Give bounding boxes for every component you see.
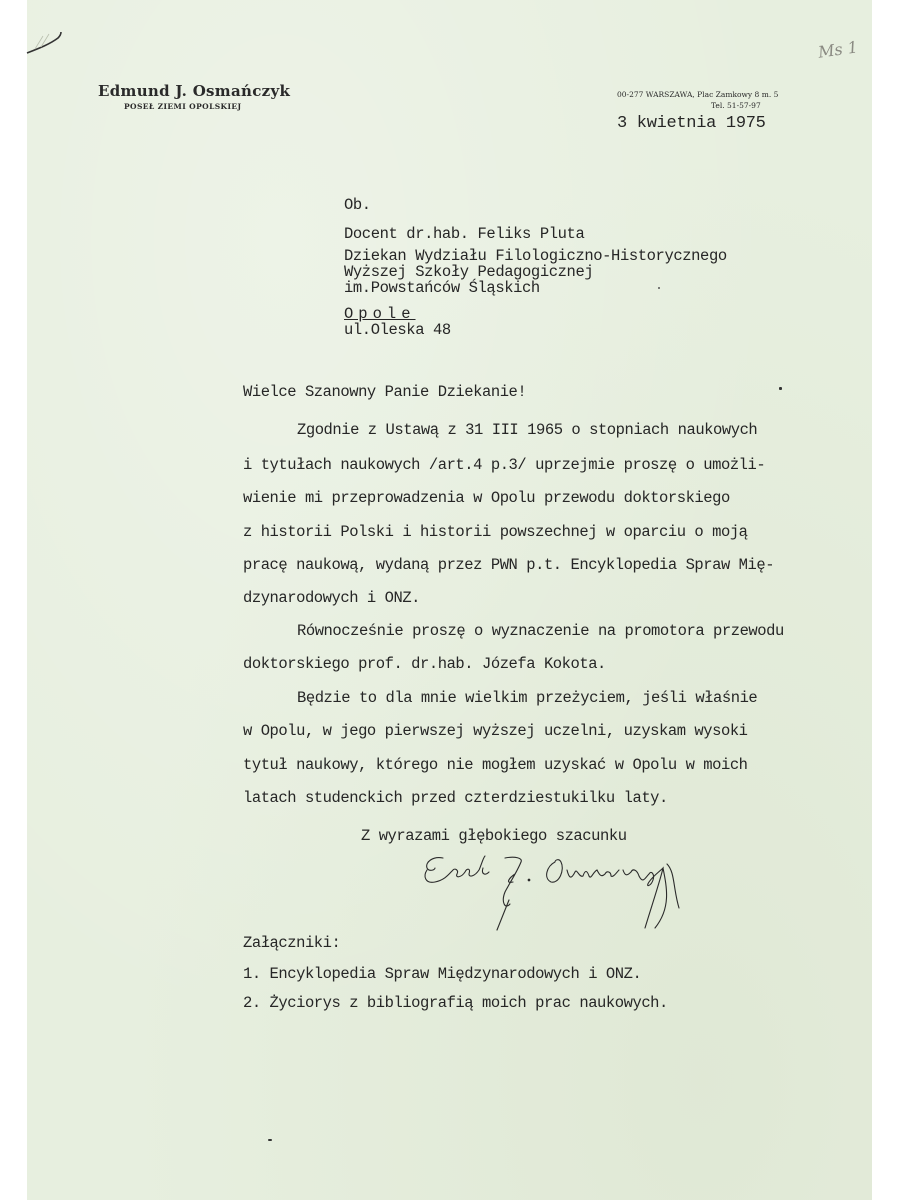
- body-line: Zgodnie z Ustawą z 31 III 1965 o stopnia…: [297, 421, 757, 439]
- letter-page: [27, 0, 872, 1200]
- closing: Z wyrazami głębokiego szacunku: [361, 827, 627, 845]
- body-line: tytuł naukowy, którego nie mogłem uzyska…: [243, 756, 748, 774]
- attachments-title: Załączniki:: [243, 934, 340, 952]
- body-line: latach studenckich przed czterdziestukil…: [243, 789, 668, 807]
- body-line: doktorskiego prof. dr.hab. Józefa Kokota…: [243, 655, 606, 673]
- body-line: wienie mi przeprowadzenia w Opolu przewo…: [243, 489, 730, 507]
- sender-title: POSEŁ ZIEMI OPOLSKIEJ: [124, 102, 241, 111]
- recipient-street: ul.Oleska 48: [344, 321, 451, 339]
- ink-speck: [658, 287, 660, 289]
- recipient-line: Ob.: [344, 196, 371, 214]
- body-line: i tytułach naukowych /art.4 p.3/ uprzejm…: [243, 456, 765, 474]
- body-line: w Opolu, w jego pierwszej wyższej uczeln…: [243, 722, 748, 740]
- margin-pen-stroke: [25, 30, 65, 55]
- salutation: Wielce Szanowny Panie Dziekanie!: [243, 383, 526, 401]
- sender-address: 00-277 WARSZAWA, Plac Zamkowy 8 m. 5: [617, 90, 778, 99]
- body-line: dzynarodowych i ONZ.: [243, 589, 420, 607]
- ink-speck: [779, 387, 782, 390]
- body-line: Będzie to dla mnie wielkim przeżyciem, j…: [297, 689, 757, 707]
- handwritten-signature: [405, 848, 745, 933]
- attachment-item: 2. Życiorys z bibliografią moich prac na…: [243, 994, 668, 1012]
- recipient-line: Docent dr.hab. Feliks Pluta: [344, 225, 584, 243]
- recipient-line: im.Powstańców Śląskich: [344, 279, 540, 297]
- sender-phone: Tel. 51-57-97: [711, 101, 761, 110]
- body-line: z historii Polski i historii powszechnej…: [243, 523, 748, 541]
- letter-date: 3 kwietnia 1975: [617, 114, 766, 133]
- sender-name: Edmund J. Osmańczyk: [98, 82, 290, 100]
- ink-speck: [268, 1139, 272, 1141]
- attachment-item: 1. Encyklopedia Spraw Międzynarodowych i…: [243, 965, 641, 983]
- body-line: Równocześnie proszę o wyznaczenie na pro…: [297, 622, 784, 640]
- body-line: pracę naukową, wydaną przez PWN p.t. Enc…: [243, 556, 774, 574]
